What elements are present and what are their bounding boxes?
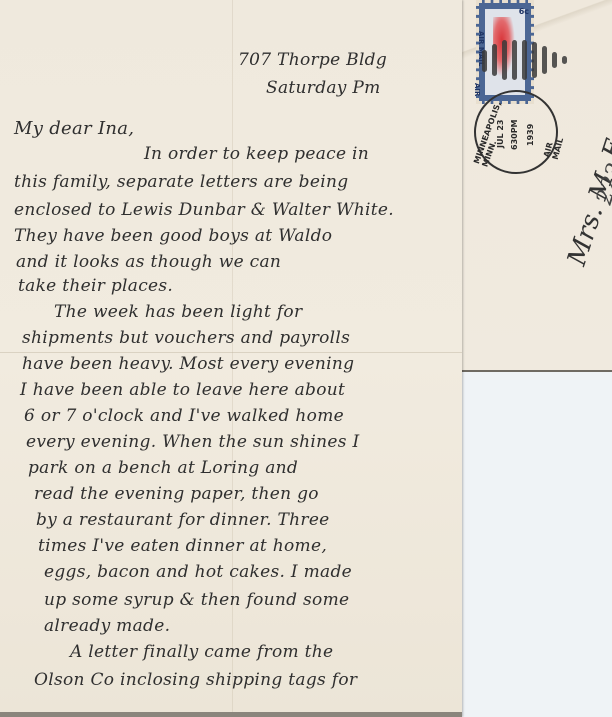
- letter-line: I have been able to leave here about: [20, 380, 345, 400]
- letter-line: A letter finally came from the: [70, 642, 333, 662]
- letter-line: Olson Co inclosing shipping tags for: [34, 670, 357, 690]
- envelope: AIR MAIL AIR 6c MINNEAPOLIS, MINN. JUL 2…: [462, 0, 612, 372]
- letter-line: times I've eaten dinner at home,: [38, 536, 327, 556]
- cancellation-bars: [482, 40, 564, 80]
- postmark-date: JUL 23: [496, 120, 505, 149]
- letter-heading-address: 707 Thorpe Bldg: [238, 50, 387, 70]
- letter-salutation: My dear Ina,: [14, 118, 134, 139]
- letter-line: every evening. When the sun shines I: [26, 432, 359, 452]
- postmark-year: 1939: [526, 124, 535, 146]
- letter-line: The week has been light for: [54, 302, 302, 322]
- letter-line: 6 or 7 o'clock and I've walked home: [24, 406, 344, 426]
- letter-line: already made.: [44, 616, 170, 636]
- letter-line: and it looks as though we can: [16, 252, 281, 272]
- postmark-time: 630PM: [510, 119, 519, 150]
- postmark-service: AIR MAIL: [542, 135, 565, 161]
- postmark: MINNEAPOLIS, MINN. JUL 23 630PM 1939 AIR…: [474, 90, 558, 174]
- stamp-label-side: AIR: [473, 83, 481, 96]
- letter-line: have been heavy. Most every evening: [22, 354, 354, 374]
- letter-line: by a restaurant for dinner. Three: [36, 510, 330, 530]
- letter-line: up some syrup & then found some: [44, 590, 349, 610]
- scanner-backdrop: [460, 370, 612, 717]
- letter-line: In order to keep peace in: [144, 144, 369, 164]
- letter-line: shipments but vouchers and payrolls: [22, 328, 350, 348]
- letter-line: read the evening paper, then go: [34, 484, 319, 504]
- letter-line: enclosed to Lewis Dunbar & Walter White.: [14, 200, 394, 220]
- page-bottom-edge: [0, 712, 462, 717]
- stamp-denomination: 6c: [519, 7, 529, 16]
- fold-crease-horizontal: [0, 352, 462, 353]
- letter-heading-day: Saturday Pm: [266, 78, 381, 98]
- letter-line: They have been good boys at Waldo: [14, 226, 332, 246]
- letter-page: 707 Thorpe Bldg Saturday Pm My dear Ina,…: [0, 0, 462, 717]
- letter-line: this family, separate letters are being: [14, 172, 348, 192]
- letter-line: take their places.: [18, 276, 173, 296]
- letter-line: eggs, bacon and hot cakes. I made: [44, 562, 352, 582]
- letter-line: park on a bench at Loring and: [28, 458, 298, 478]
